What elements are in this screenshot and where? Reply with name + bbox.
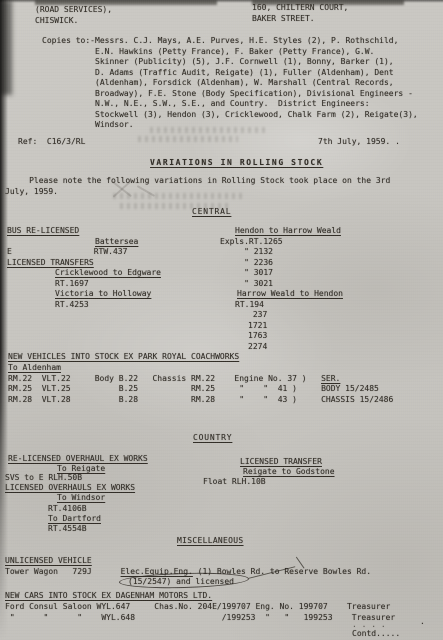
svs-row: SVS to E RLH.50B bbox=[5, 473, 82, 484]
num-row: 1721 bbox=[248, 321, 267, 332]
miscellaneous-heading: MISCELLANEOUS bbox=[177, 536, 244, 547]
float-row: Float RLH.10B bbox=[203, 477, 266, 488]
num-row: 1763 bbox=[248, 331, 267, 342]
licensed-overhauls-heading: LICENSED OVERHAULS EX WORKS bbox=[5, 483, 135, 494]
hendon-harrow-heading: Hendon to Harrow Weald bbox=[235, 226, 341, 237]
rt194-row: RT.194 bbox=[235, 300, 264, 311]
num-row: 2274 bbox=[248, 342, 267, 353]
unlicensed-vehicle-heading: UNLICENSED VEHICLE bbox=[5, 556, 92, 567]
reigate-godstone-subheading: Reigate to Godstone bbox=[243, 467, 335, 478]
relicensed-overhaul-heading: RE-LICENSED OVERHAUL EX WORKS bbox=[8, 454, 148, 465]
page-title: VARIATIONS IN ROLLING STOCK bbox=[150, 158, 323, 169]
e-rtw437-row: E RTW.437 bbox=[7, 247, 127, 258]
ditto-row: " 2132 bbox=[220, 247, 273, 258]
top-left-corner-shadow bbox=[0, 0, 12, 95]
to-dartford-subheading: To Dartford bbox=[48, 514, 101, 525]
document-page: (ROAD SERVICES), CHISWICK. 160, CHILTERN… bbox=[0, 0, 443, 640]
car-row: " " " WYL.648 /199253 " " 199253 Treasur… bbox=[5, 613, 395, 624]
tower-wagon-text: Tower Wagon 729J bbox=[5, 567, 121, 576]
vehicle-row-text: RM.22 VLT.22 Body B.22 Chassis RM.22 Eng… bbox=[8, 374, 321, 383]
central-heading: CENTRAL bbox=[192, 207, 231, 218]
letterhead-right-line1: 160, CHILTERN COURT, bbox=[252, 3, 348, 14]
car-row: Ford Consul Saloon WYL.647 Chas.No. 204E… bbox=[5, 602, 390, 613]
country-heading: COUNTRY bbox=[193, 433, 232, 444]
harrow-hendon-heading: Harrow Weald to Hendon bbox=[237, 289, 343, 300]
rt4253-row: RT.4253 bbox=[55, 300, 89, 311]
ditto-row: " 3017 bbox=[220, 268, 273, 279]
date-line: 7th July, 1959. . bbox=[318, 137, 400, 148]
ditto-row: " 2236 bbox=[220, 258, 273, 269]
stray-dot: . bbox=[420, 617, 425, 628]
copies-label: Copies to:- bbox=[42, 36, 95, 47]
new-cars-heading: NEW CARS INTO STOCK EX DAGENHAM MOTORS L… bbox=[5, 591, 212, 602]
expls-row: Expls.RT.1265 bbox=[220, 237, 283, 248]
cricklewood-edgware-subheading: Cricklewood to Edgware bbox=[55, 268, 161, 279]
see-reference: SER. bbox=[321, 374, 340, 383]
vehicle-row: RM.25 VLT.25 B.25 RM.25 " " 41 ) BODY 15… bbox=[8, 384, 379, 395]
intro-paragraph: Please note the following variations in … bbox=[5, 176, 390, 197]
to-aldenham-subheading: To Aldenham bbox=[8, 363, 61, 374]
ditto-row: " 3021 bbox=[220, 279, 273, 290]
vehicle-row: RM.22 VLT.22 Body B.22 Chassis RM.22 Eng… bbox=[8, 374, 340, 385]
new-vehicles-heading: NEW VEHICLES INTO STOCK EX PARK ROYAL CO… bbox=[8, 352, 239, 363]
rt1697-row: RT.1697 bbox=[55, 279, 89, 290]
reference-number: Ref: C16/3/RL bbox=[18, 137, 85, 148]
vehicle-row: RM.28 VLT.28 B.28 RM.28 " " 43 ) CHASSIS… bbox=[8, 395, 393, 406]
bus-relicensed-heading: BUS RE-LICENSED bbox=[7, 226, 79, 237]
rt4106b-row: RT.4106B bbox=[48, 504, 87, 515]
letterhead-left-line2: CHISWICK. bbox=[35, 16, 78, 27]
copies-body: Messrs. C.J. Mays, A.E. Purves, H.E. Sty… bbox=[95, 36, 418, 131]
num-row: 237 bbox=[248, 310, 267, 321]
rt4554b-row: RT.4554B bbox=[48, 524, 87, 535]
licensed-transfers-heading: LICENSED TRANSFERS bbox=[7, 258, 94, 269]
letterhead-left-line1: (ROAD SERVICES), bbox=[35, 5, 112, 16]
letterhead-right-line2: BAKER STREET. bbox=[252, 14, 315, 25]
contd-note: Contd..... bbox=[352, 629, 400, 640]
battersea-subheading: Battersea bbox=[95, 237, 138, 248]
licensed-transfer-heading: LICENSED TRANSFER bbox=[240, 457, 322, 468]
victoria-holloway-subheading: Victoria to Holloway bbox=[55, 289, 151, 300]
to-windsor-subheading: To Windsor bbox=[57, 493, 105, 504]
left-edge-shadow bbox=[0, 0, 8, 640]
bleed-through-smudge bbox=[138, 136, 238, 142]
